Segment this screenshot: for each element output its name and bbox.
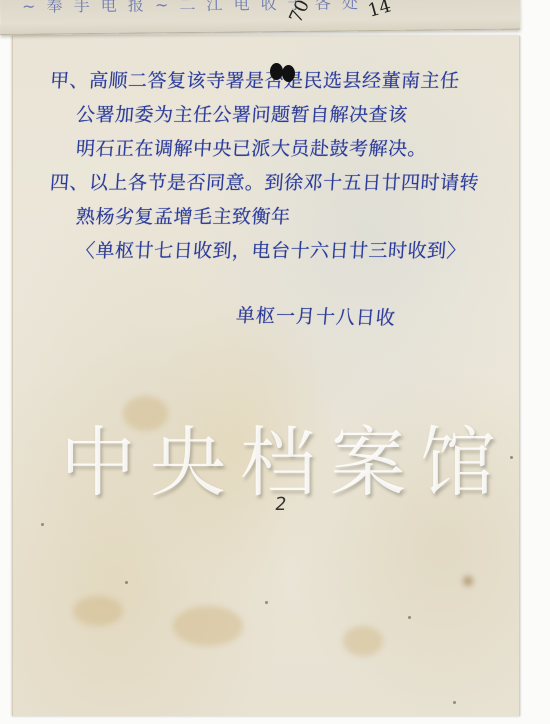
paper-speck bbox=[408, 616, 411, 619]
text-line: 明石正在调解中央已派大员赴鼓考解决。 bbox=[49, 132, 511, 166]
strip-handwritten-note: 14 bbox=[366, 0, 394, 22]
paper-speck bbox=[510, 456, 513, 459]
text-line: 〈单枢廿七日收到，电台十六日廿三时收到〉 bbox=[49, 234, 511, 268]
paper-stain bbox=[463, 576, 473, 586]
paper-speck bbox=[453, 701, 456, 704]
paper-speck bbox=[265, 601, 268, 604]
document-scan: ~ 奉 手 电 报 ~ 二 江 电 收 于 各 处 70 14 甲、高顺二答复该… bbox=[0, 0, 550, 724]
ink-blot bbox=[270, 62, 298, 82]
paper-speck bbox=[125, 581, 128, 584]
text-line: 四、以上各节是否同意。到徐邓十五日廿四时请转 bbox=[49, 166, 511, 200]
telegram-body: 甲、高顺二答复该寺署是否是民选县经董南主任 公署加委为主任公署问题暂自解决查该 … bbox=[50, 64, 510, 268]
paper-stain bbox=[73, 596, 123, 626]
signature-line: 单枢一月十八日收 bbox=[235, 301, 397, 331]
paper-speck bbox=[41, 523, 44, 526]
text-line: 公署加委为主任公署问题暂自解决查该 bbox=[49, 98, 511, 132]
folded-top-strip: ~ 奉 手 电 报 ~ 二 江 电 收 于 各 处 70 14 bbox=[0, 0, 520, 35]
text-line: 熟杨劣复孟增毛主致衡年 bbox=[49, 200, 511, 234]
paper-stain bbox=[173, 606, 243, 646]
paper-stain bbox=[343, 626, 383, 656]
